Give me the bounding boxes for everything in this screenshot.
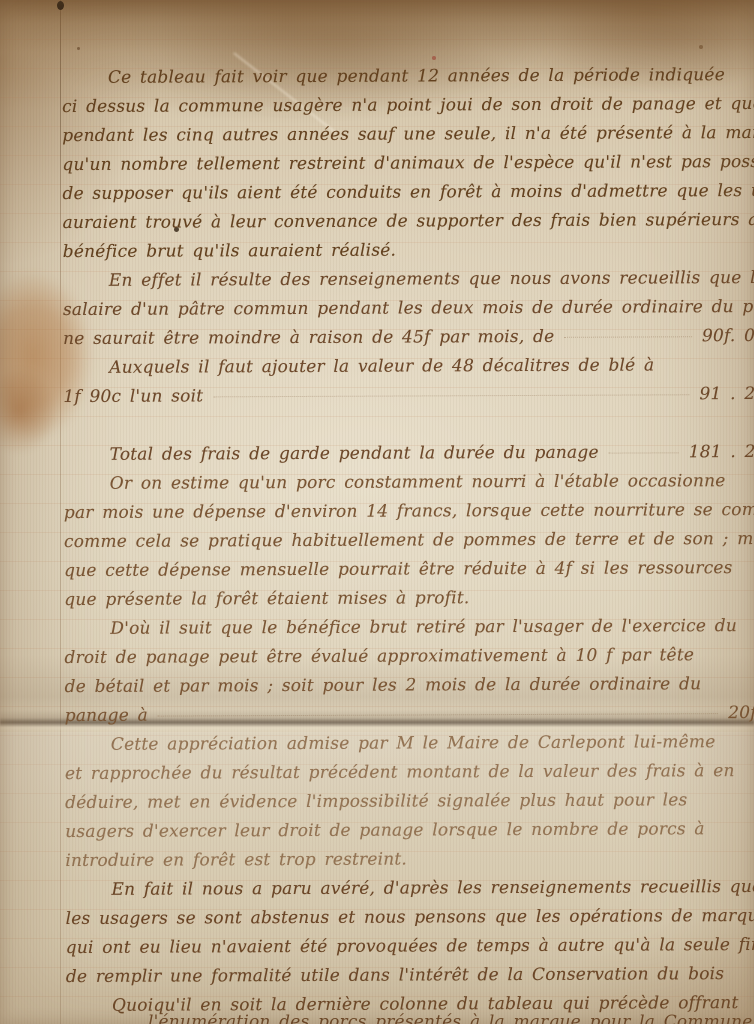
line-text: droit de panage peut être évalué approxi…	[64, 645, 694, 668]
manuscript-line: auraient trouvé à leur convenance de sup…	[63, 210, 754, 242]
line-text: les usagers se sont abstenus et nous pen…	[66, 906, 754, 929]
line-text: de remplir une formalité utile dans l'in…	[66, 964, 724, 987]
line-text: Auxquels il faut ajouter la valeur de 48…	[63, 355, 654, 378]
dotted-leader	[213, 394, 689, 397]
line-text: salaire d'un pâtre commun pendant les de…	[63, 297, 754, 320]
manuscript-line: bénéfice brut qu'ils auraient réalisé.	[63, 239, 754, 271]
paper-stain	[0, 368, 58, 454]
partial-bottom-line: l'énumération des porcs présentés à la m…	[148, 1012, 753, 1024]
line-amount: 20f	[728, 703, 754, 723]
line-text: pendant les cinq autres années sauf une …	[62, 123, 754, 146]
manuscript-line: 1f 90c l'un soit91 . 2	[63, 384, 754, 416]
manuscript-line: salaire d'un pâtre commun pendant les de…	[63, 297, 754, 329]
line-text: déduire, met en évidence l'impossibilité…	[65, 790, 687, 813]
manuscript-line: ne saurait être moindre à raison de 45f …	[63, 326, 754, 358]
manuscript-line: Total des frais de garde pendant la duré…	[64, 442, 754, 474]
dotted-leader	[564, 336, 692, 338]
manuscript-line: D'où il suit que le bénéfice brut retiré…	[64, 616, 754, 648]
manuscript-line: qu'un nombre tellement restreint d'anima…	[62, 152, 754, 184]
line-text: par mois une dépense d'environ 14 francs…	[64, 500, 754, 523]
manuscript-line: déduire, met en évidence l'impossibilité…	[65, 790, 754, 822]
line-text: ci dessus la commune usagère n'a point j…	[62, 94, 754, 117]
line-text: Total des frais de garde pendant la duré…	[64, 443, 599, 465]
line-text: panage à	[65, 706, 148, 726]
dotted-leader	[158, 713, 718, 716]
line-text: et rapprochée du résultat précédent mont…	[65, 761, 735, 784]
manuscript-line: Or on estime qu'un porc constamment nour…	[64, 471, 754, 503]
manuscript-line: usagers d'exercer leur droit de panage l…	[65, 819, 754, 851]
stain-spot	[432, 56, 436, 60]
line-text: En fait il nous a paru avéré, d'après le…	[65, 877, 754, 900]
manuscript-line: En fait il nous a paru avéré, d'après le…	[65, 877, 754, 909]
manuscript-line: pendant les cinq autres années sauf une …	[62, 123, 754, 155]
manuscript-line: que cette dépense mensuelle pourrait êtr…	[64, 558, 754, 590]
line-amount: 90f. 0	[702, 326, 754, 346]
line-amount: 91 . 2	[699, 384, 754, 404]
manuscript-line: qui ont eu lieu n'avaient été provoquées…	[66, 935, 754, 967]
manuscript-line: les usagers se sont abstenus et nous pen…	[66, 906, 754, 938]
manuscript-line: Cette appréciation admise par M le Maire…	[65, 732, 754, 764]
stain-spot	[699, 45, 703, 49]
manuscript-line: de supposer qu'ils aient été conduits en…	[62, 181, 754, 213]
manuscript-line: de remplir une formalité utile dans l'in…	[66, 964, 754, 996]
manuscript-line: par mois une dépense d'environ 14 francs…	[64, 500, 754, 532]
line-text: Cette appréciation admise par M le Maire…	[65, 732, 716, 755]
line-text: 1f 90c l'un soit	[63, 386, 203, 407]
line-text: Ce tableau fait voir que pendant 12 anné…	[62, 65, 725, 88]
margin-line	[60, 0, 61, 1024]
dotted-leader	[609, 452, 679, 453]
ink-blot	[57, 1, 64, 10]
manuscript-line: comme cela se pratique habituellement de…	[64, 529, 754, 561]
manuscript-line	[63, 413, 754, 445]
manuscript-line: introduire en forêt est trop restreint.	[65, 848, 754, 880]
manuscript-line: de bétail et par mois ; soit pour les 2 …	[65, 674, 754, 706]
line-amount: 181 . 2	[689, 442, 754, 462]
manuscript-line: Auxquels il faut ajouter la valeur de 48…	[63, 355, 754, 387]
line-text: ne saurait être moindre à raison de 45f …	[63, 327, 554, 349]
line-text: introduire en forêt est trop restreint.	[65, 850, 407, 871]
line-text: que cette dépense mensuelle pourrait êtr…	[64, 558, 733, 581]
line-text: Or on estime qu'un porc constamment nour…	[64, 471, 726, 494]
line-text: qu'un nombre tellement restreint d'anima…	[62, 152, 754, 175]
line-text: que présente la forêt étaient mises à pr…	[64, 588, 469, 610]
manuscript-line: que présente la forêt étaient mises à pr…	[64, 587, 754, 619]
manuscript-line: panage à20f	[65, 703, 754, 735]
line-text: En effet il résulte des renseignements q…	[63, 268, 754, 291]
manuscript-page: Ce tableau fait voir que pendant 12 anné…	[0, 0, 754, 1024]
stain-spot	[77, 47, 80, 50]
manuscript-text: Ce tableau fait voir que pendant 12 anné…	[62, 65, 754, 1024]
line-text: auraient trouvé à leur convenance de sup…	[63, 210, 754, 233]
manuscript-line: En effet il résulte des renseignements q…	[63, 268, 754, 300]
line-text: de bétail et par mois ; soit pour les 2 …	[65, 674, 702, 697]
manuscript-line: Ce tableau fait voir que pendant 12 anné…	[62, 65, 754, 97]
manuscript-line: et rapprochée du résultat précédent mont…	[65, 761, 754, 793]
manuscript-line: ci dessus la commune usagère n'a point j…	[62, 94, 754, 126]
line-text: D'où il suit que le bénéfice brut retiré…	[64, 616, 737, 639]
line-text: de supposer qu'ils aient été conduits en…	[62, 181, 754, 204]
manuscript-line: droit de panage peut être évalué approxi…	[64, 645, 754, 677]
line-text: usagers d'exercer leur droit de panage l…	[65, 819, 705, 842]
line-text: comme cela se pratique habituellement de…	[64, 529, 754, 552]
line-text: bénéfice brut qu'ils auraient réalisé.	[63, 241, 396, 262]
line-text: qui ont eu lieu n'avaient été provoquées…	[66, 935, 754, 958]
